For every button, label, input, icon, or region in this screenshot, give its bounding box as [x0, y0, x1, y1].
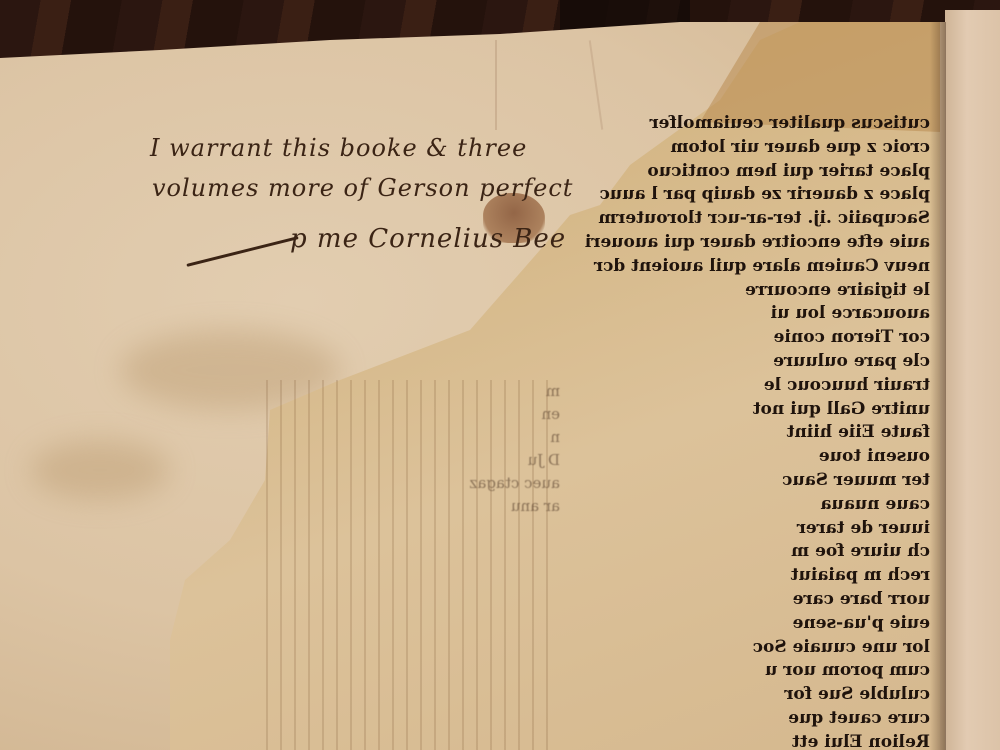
- inscription-line-2: volumes more of Gerson perfect: [152, 174, 573, 202]
- inscription-signature: p me Cornelius Bee: [290, 224, 566, 254]
- manuscript-photo: m en n D Ju auec ctagaz ar anu cutiscus …: [0, 0, 1000, 750]
- mirrored-blackletter-text: cutiscus qualiter ceuiamolfer croic z qu…: [560, 112, 930, 750]
- faded-offset-text: m en n D Ju auec ctagaz ar anu: [180, 380, 560, 518]
- gutter-shadow: [930, 22, 946, 750]
- paper-crease: [495, 40, 497, 130]
- water-stain: [30, 440, 170, 500]
- next-page-edge: [945, 10, 1000, 750]
- inscription-line-1: I warrant this booke & three: [150, 134, 527, 162]
